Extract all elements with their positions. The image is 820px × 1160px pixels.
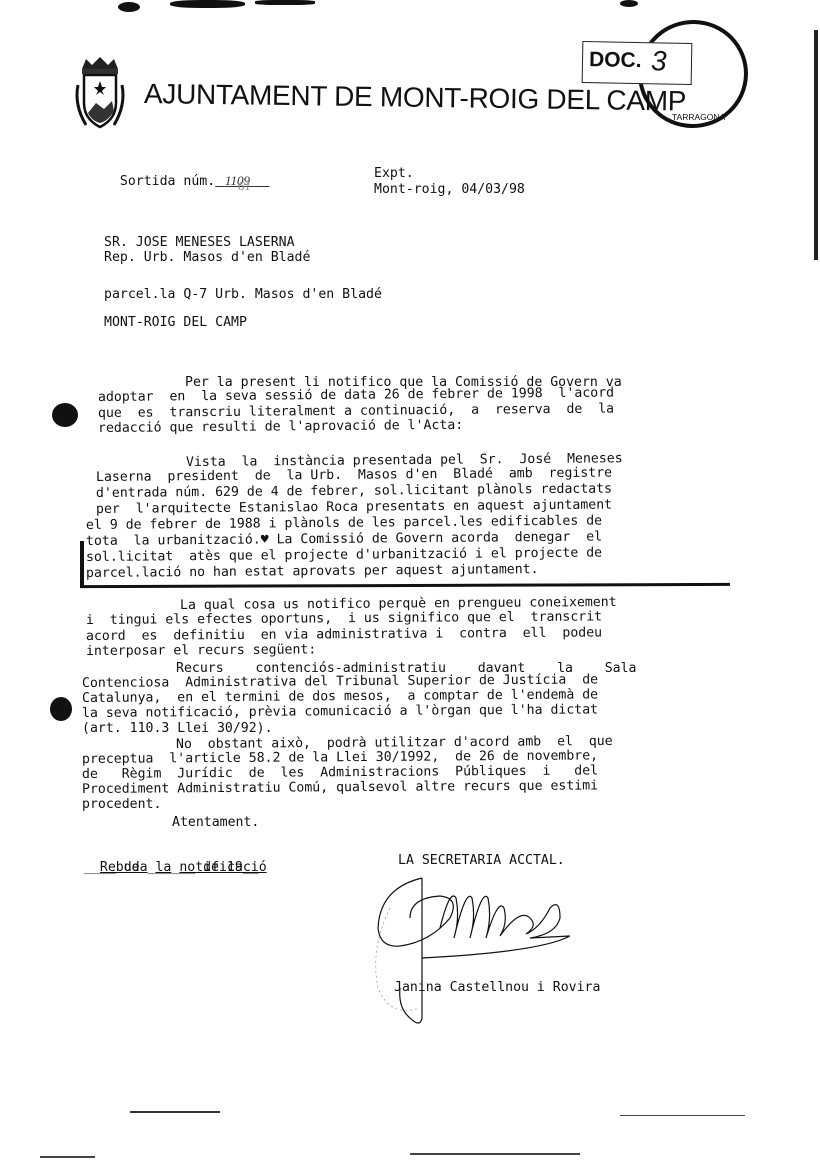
text-line: acord es definitiu en via administrativa…	[86, 625, 602, 644]
file-label: Expt.	[374, 166, 414, 181]
outgoing-label: Sortida núm.	[120, 174, 215, 189]
signatory-role: LA SECRETARIA ACCTAL.	[398, 853, 565, 868]
receipt-date-line: ____ de ______ de 19__	[84, 860, 259, 875]
scan-blot	[255, 0, 315, 5]
doc-stamp: DOC. 3	[582, 41, 693, 85]
scan-blot	[170, 0, 245, 8]
scan-blot	[118, 2, 140, 12]
scan-mark	[130, 1111, 220, 1113]
text-line: (art. 110.3 Llei 30/92).	[82, 721, 273, 736]
text-line: redacció que resulti de l'aprovació de l…	[98, 418, 463, 436]
highlight-underline	[80, 583, 730, 588]
recipient-name: SR. JOSE MENESES LASERNA	[104, 235, 295, 250]
highlight-bracket	[80, 541, 84, 586]
recipient-role: Rep. Urb. Masos d'en Bladé	[104, 250, 310, 265]
text-line: Procediment Administratiu Comú, qualsevo…	[82, 778, 598, 797]
scan-mark	[410, 1153, 580, 1155]
text-line: la seva notificació, prèvia comunicació …	[82, 702, 598, 721]
text-line: parcel.lació no han estat aprovats per a…	[86, 562, 539, 581]
closing: Atentament.	[172, 815, 259, 830]
outgoing-note: 61	[238, 178, 251, 194]
doc-stamp-label: DOC.	[589, 48, 642, 73]
text-line: interposar el recurs següent:	[86, 642, 316, 659]
text-line: procedent.	[82, 797, 161, 812]
coat-of-arms-icon	[72, 55, 128, 133]
subject-line: parcel.la Q-7 Urb. Masos d'en Bladé	[104, 287, 382, 302]
signatory-name: Janina Castellnou i Rovira	[394, 980, 600, 995]
punch-hole	[50, 697, 72, 721]
scan-blot	[620, 0, 638, 7]
punch-hole	[52, 403, 78, 427]
scan-mark	[620, 1115, 745, 1116]
scan-mark	[40, 1156, 95, 1158]
place-date: Mont-roig, 04/03/98	[374, 182, 525, 197]
institution-title: AJUNTAMENT DE MONT-ROIG DEL CAMP	[144, 78, 687, 118]
handwritten-signature	[370, 868, 600, 1028]
scan-edge	[814, 30, 818, 260]
recipient-city: MONT-ROIG DEL CAMP	[104, 315, 247, 330]
doc-stamp-number: 3	[651, 45, 667, 77]
